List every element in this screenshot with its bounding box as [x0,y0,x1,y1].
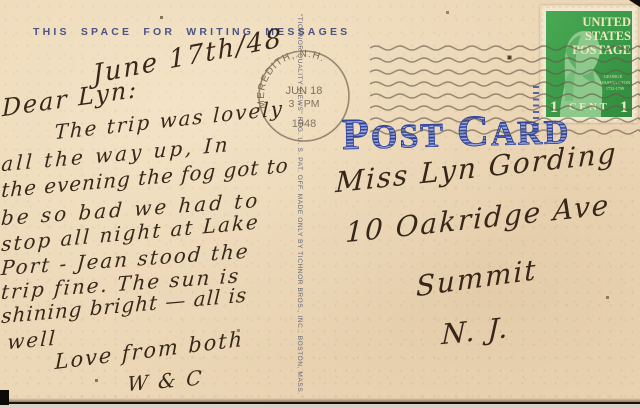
postmark-year: 1948 [292,118,316,130]
message-signoff: Love from both [55,327,245,374]
postmark-time: 3 - PM [289,98,320,110]
stamp-text-united: UNITED [582,15,631,29]
message-signature: W & C [127,365,204,396]
scan-corner-top-right [629,0,640,7]
writing-space-note: THIS SPACE FOR WRITING MESSAGES [33,26,350,38]
postmark-date: JUN 18 [286,85,323,97]
postcard-back: THIS SPACE FOR WRITING MESSAGES "TICHNOR… [0,0,640,408]
scan-edge-background [0,404,640,408]
address-line-state: N. J. [441,311,510,351]
cancellation-waves [370,44,640,140]
address-line-city: Summit [416,253,537,303]
stamp-margin-dashes [533,86,539,136]
address-line-street: 10 Oakridge Ave [345,188,611,249]
stamp-text-states: STATES [585,29,631,43]
paper-specks [0,0,1,1]
scan-corner-bottom-left [0,390,9,405]
message-line: well [7,326,58,355]
postmark: MEREDITH, N.H. JUN 18 3 - PM 1948 [254,46,354,146]
